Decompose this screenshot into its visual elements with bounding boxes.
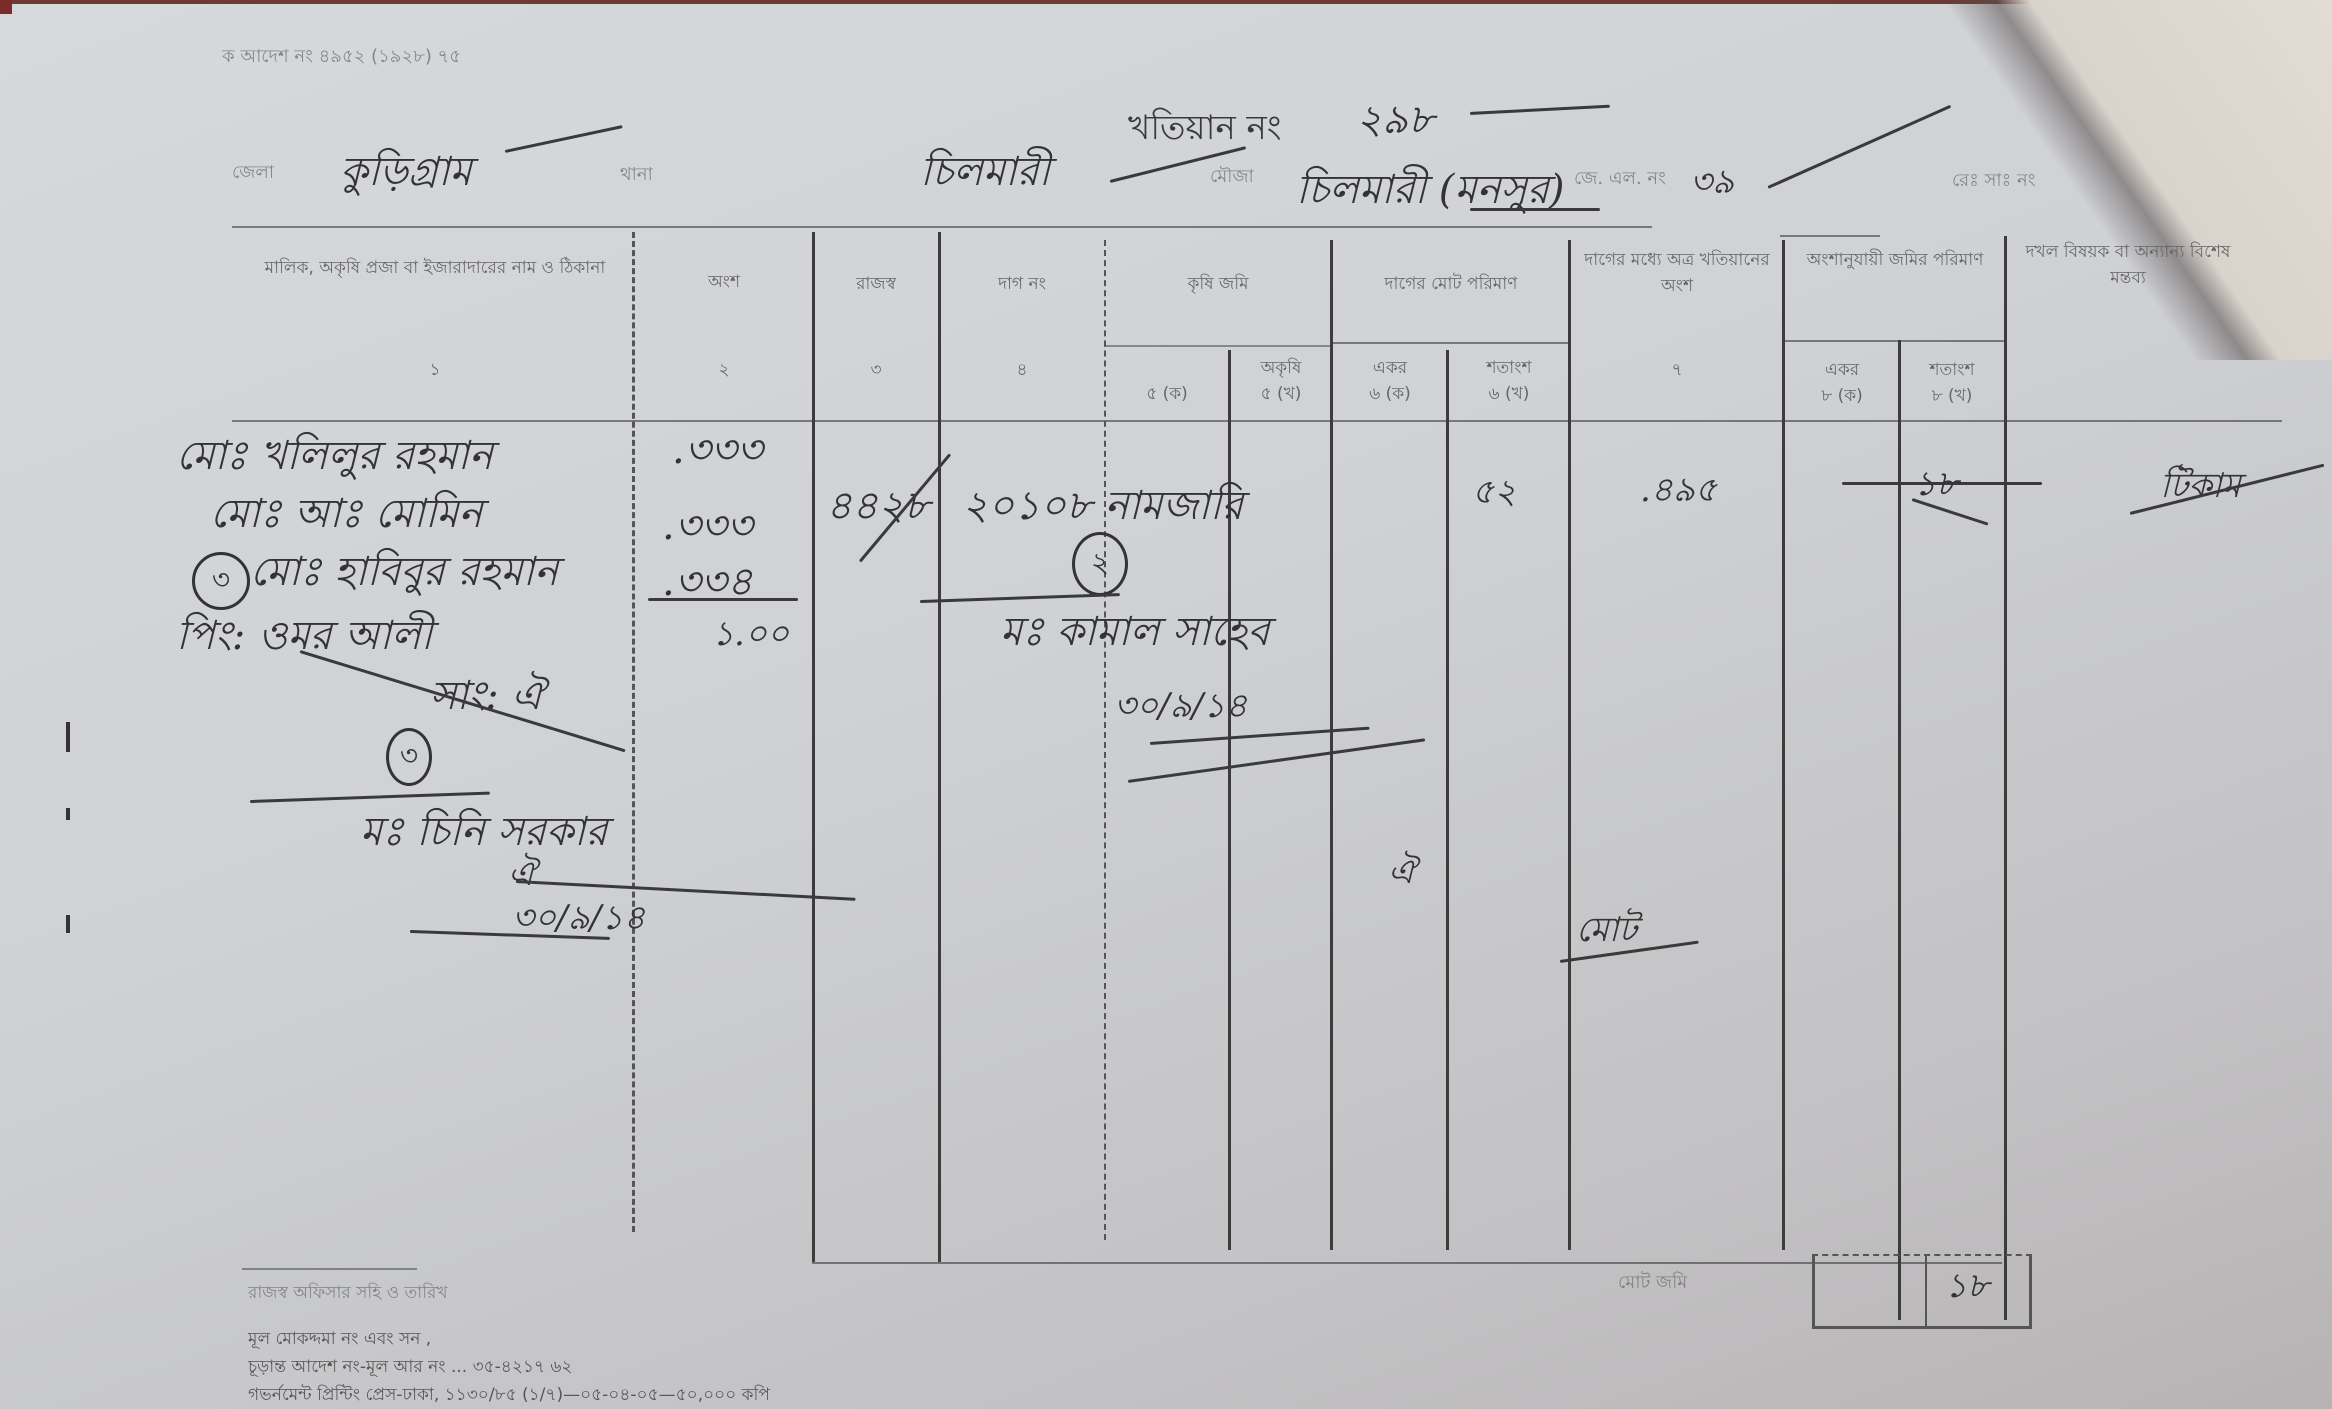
col-num-6a: ৬ (ক) bbox=[1334, 382, 1446, 408]
rs-label: রেঃ সাঃ নং bbox=[1952, 166, 2035, 197]
col-header-agri: কৃষি জমি bbox=[1106, 272, 1330, 298]
col-divider bbox=[938, 232, 941, 1262]
khatian-number: ২৯৮ bbox=[1356, 88, 1434, 155]
col-header-plot-total: দাগের মোট পরিমাণ bbox=[1334, 272, 1568, 298]
khatian-share-value: .৪৯৫ bbox=[1640, 464, 1717, 521]
col-num-1: ১ bbox=[240, 358, 630, 384]
col-sub-acre-8: একর bbox=[1786, 358, 1898, 384]
circle-mark: ৩ bbox=[386, 728, 432, 786]
col-sub-decimal: শতাংশ bbox=[1450, 356, 1568, 382]
thana-value: চিলমারী bbox=[920, 140, 1050, 207]
col-num-5a: ৫ (ক) bbox=[1106, 382, 1228, 408]
col-num-8b: ৮ (খ) bbox=[1900, 384, 2004, 410]
pen-stroke bbox=[1470, 105, 1610, 115]
form-reference: ক আদেশ নং ৪৯৫২ (১৯২৮) ৭৫ bbox=[222, 42, 461, 73]
owner-entry: মোঃ খলিলুর রহমান bbox=[176, 424, 493, 491]
pen-stroke bbox=[1470, 208, 1600, 211]
footer-total-value: ১৮ bbox=[1945, 1260, 1989, 1317]
col-divider bbox=[812, 232, 815, 1262]
total-underline bbox=[648, 598, 798, 601]
mouza-value: চিলমারী (মনসুর) bbox=[1296, 158, 1565, 225]
order-line: চূড়ান্ত আদেশ নং-মূল আর নং ... ৩৫-৪২১৭ ৬… bbox=[248, 1354, 573, 1382]
margin-mark bbox=[66, 722, 70, 752]
footer-total-label: মোট জমি bbox=[1618, 1268, 1687, 1299]
officer-signature-label: রাজস্ব অফিসার সহি ও তারিখ bbox=[248, 1280, 448, 1308]
pen-stroke bbox=[1128, 738, 1425, 783]
signature-line bbox=[242, 1268, 417, 1270]
col-divider bbox=[632, 232, 635, 1232]
col-divider bbox=[2004, 236, 2007, 1320]
note-entry: মঃ চিনি সরকার bbox=[360, 800, 607, 867]
col-header-remarks: দখল বিষয়ক বা অন্যান্য বিশেষ মন্তব্য bbox=[2008, 240, 2248, 291]
col-num-2: ২ bbox=[636, 358, 812, 384]
note-ditto: ঐ bbox=[1388, 846, 1415, 903]
col-sub-acre: একর bbox=[1334, 356, 1446, 382]
col-header-revenue: রাজস্ব bbox=[815, 272, 937, 298]
mouza-label: মৌজা bbox=[1210, 162, 1254, 193]
table-top-border bbox=[232, 226, 1652, 228]
col-header-plot: দাগ নং bbox=[941, 272, 1103, 298]
thana-label: থানা bbox=[620, 160, 653, 191]
margin-mark bbox=[66, 915, 70, 933]
share-entry: .৩৩৪ bbox=[662, 550, 753, 617]
col-num-6b: ৬ (খ) bbox=[1450, 382, 1568, 408]
share-entry: .৩৩৩ bbox=[672, 418, 763, 485]
district-label: জেলা bbox=[232, 158, 274, 189]
col-divider bbox=[1782, 240, 1785, 1250]
col-header-share: অংশ bbox=[636, 270, 812, 296]
district-value: কুড়িগ্রাম bbox=[340, 140, 472, 207]
col-header-khatian-share: দাগের মধ্যে অত্র খতিয়ানের অংশ bbox=[1572, 248, 1782, 299]
owner-father: পিং: ওমর আলী bbox=[176, 604, 432, 671]
owner-entry: মোঃ আঃ মোমিন bbox=[210, 482, 482, 549]
col-num-7: ৭ bbox=[1572, 358, 1782, 384]
subheader-border bbox=[1104, 345, 1332, 347]
owner-entry: মোঃ হাবিবুর রহমান bbox=[250, 540, 558, 607]
col-divider bbox=[1330, 240, 1333, 1250]
jl-label: জে. এল. নং bbox=[1574, 164, 1666, 195]
photo-corner bbox=[0, 0, 12, 14]
pen-stroke bbox=[505, 125, 623, 153]
col-sub-decimal-8: শতাংশ bbox=[1900, 358, 2004, 384]
total-box-divider bbox=[1925, 1256, 1927, 1326]
header-bottom-border bbox=[232, 420, 2282, 422]
col-num-4: ৪ bbox=[941, 358, 1103, 384]
col-header-owner: মালিক, অকৃষি প্রজা বা ইজারাদারের নাম ও ঠ… bbox=[240, 256, 630, 282]
col-divider bbox=[1568, 240, 1571, 1250]
plot-number: ৪৪২৮ bbox=[826, 474, 930, 541]
col-sub-nonagri: অকৃষি bbox=[1232, 356, 1330, 382]
margin-mark bbox=[66, 808, 70, 820]
col-divider bbox=[1898, 340, 1901, 1320]
plot-split: ২০১০৮ নামজারি bbox=[962, 474, 1243, 541]
col-num-8a: ৮ (ক) bbox=[1786, 384, 1898, 410]
share-total: ১.০০ bbox=[712, 608, 789, 665]
note-date: ৩০/৯/১৪ bbox=[1114, 680, 1247, 737]
table-top-border bbox=[1780, 235, 1880, 237]
case-line: মূল মোকদ্দমা নং এবং সন , bbox=[248, 1326, 431, 1354]
circle-mark: ২ bbox=[1072, 532, 1128, 596]
col-num-5b: ৫ (খ) bbox=[1232, 382, 1330, 408]
col-divider bbox=[1446, 350, 1449, 1250]
col-num-3: ৩ bbox=[815, 358, 937, 384]
khatian-label: খতিয়ান নং bbox=[1128, 102, 1281, 159]
total-box: ১৮ bbox=[1812, 1254, 2032, 1329]
jl-value: ৩৯ bbox=[1690, 156, 1734, 213]
subheader-border bbox=[1330, 342, 1570, 344]
col-header-land-by-share: অংশানুযায়ী জমির পরিমাণ bbox=[1786, 248, 2004, 274]
subheader-border bbox=[1782, 340, 2004, 342]
note-date: ৩০/৯/১৪ bbox=[512, 892, 645, 949]
note-entry: মঃ কামাল সাহেব bbox=[1000, 600, 1270, 667]
circle-mark: ৩ bbox=[192, 552, 250, 610]
plot-area-decimal: ৫২ bbox=[1472, 466, 1516, 523]
print-line: গভর্নমেন্ট প্রিন্টিং প্রেস-ঢাকা, ১১৩০/৮৫… bbox=[248, 1382, 770, 1409]
